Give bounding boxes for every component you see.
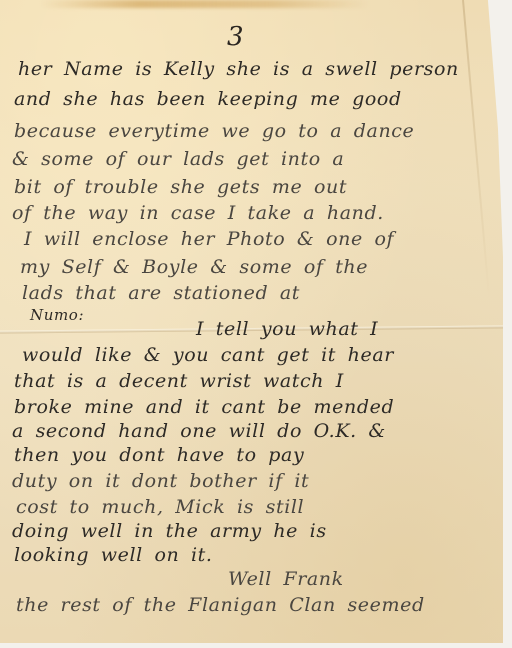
handwritten-line: the rest of the Flanigan Clan seemed bbox=[16, 594, 425, 616]
handwritten-line: that is a decent wrist watch I bbox=[14, 370, 344, 392]
page-number: 3 bbox=[227, 22, 244, 52]
handwritten-line: then you dont have to pay bbox=[14, 444, 304, 466]
handwritten-line: lads that are stationed at bbox=[22, 282, 300, 304]
handwritten-line: my Self & Boyle & some of the bbox=[20, 256, 368, 278]
handwritten-line: of the way in case I take a hand. bbox=[12, 202, 384, 224]
handwritten-line: Numo: bbox=[30, 306, 84, 324]
handwritten-line: and she has been keeping me good bbox=[14, 88, 402, 110]
paper-edge-crease bbox=[462, 0, 490, 299]
handwritten-line: because everytime we go to a dance bbox=[14, 120, 414, 142]
handwritten-line: broke mine and it cant be mended bbox=[14, 396, 394, 418]
paper-stain bbox=[40, 0, 370, 8]
handwritten-line: I tell you what I bbox=[196, 318, 378, 340]
handwritten-line: I will enclose her Photo & one of bbox=[24, 228, 394, 250]
handwritten-line: duty on it dont bother if it bbox=[12, 470, 309, 492]
handwritten-line: her Name is Kelly she is a swell person bbox=[18, 58, 459, 80]
letter-paper: 3 her Name is Kelly she is a swell perso… bbox=[0, 0, 503, 643]
handwritten-line: looking well on it. bbox=[14, 544, 213, 566]
handwritten-line: a second hand one will do O.K. & bbox=[12, 420, 386, 442]
handwritten-line: & some of our lads get into a bbox=[12, 148, 344, 170]
handwritten-line: bit of trouble she gets me out bbox=[14, 176, 347, 198]
handwritten-line: Well Frank bbox=[228, 568, 344, 590]
handwritten-line: doing well in the army he is bbox=[12, 520, 327, 542]
handwritten-line: cost to much, Mick is still bbox=[16, 496, 304, 518]
handwritten-line: would like & you cant get it hear bbox=[22, 344, 394, 366]
